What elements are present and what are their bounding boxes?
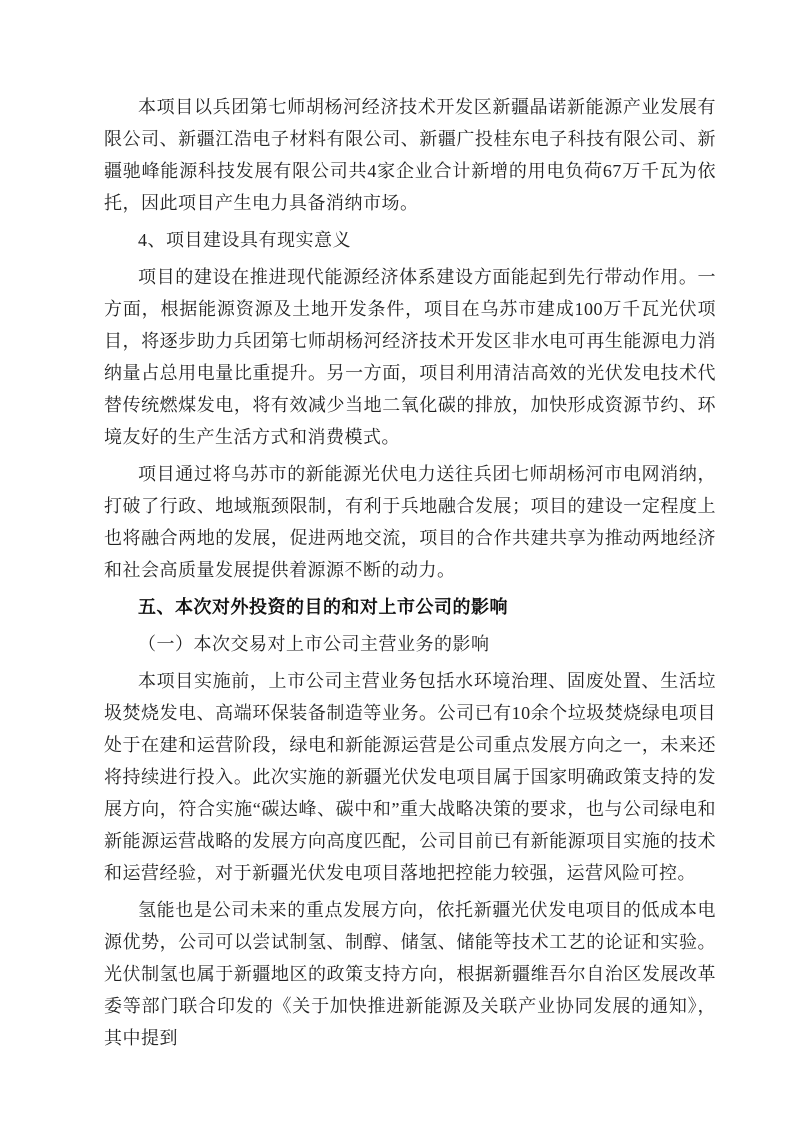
paragraph-energy-system-leading-role: 项目的建设在推进现代能源经济体系建设方面能起到先行带动作用。一方面，根据能源资源…	[104, 261, 716, 453]
heading-section-five-investment-purpose-impact: 五、本次对外投资的目的和对上市公司的影响	[104, 591, 716, 623]
heading-project-practical-significance: 4、项目建设具有现实意义	[104, 224, 716, 256]
paragraph-power-consumption-market: 本项目以兵团第七师胡杨河经济技术开发区新疆晶诺新能源产业发展有限公司、新疆江浩电…	[104, 91, 716, 219]
document-page: 本项目以兵团第七师胡杨河经济技术开发区新疆晶诺新能源产业发展有限公司、新疆江浩电…	[0, 0, 794, 1123]
paragraph-hydrogen-energy-direction: 氢能也是公司未来的重点发展方向，依托新疆光伏发电项目的低成本电源优势，公司可以尝…	[104, 894, 716, 1054]
heading-subsection-one-main-business-impact: （一）本次交易对上市公司主营业务的影响	[104, 628, 716, 660]
paragraph-main-business-overview: 本项目实施前，上市公司主营业务包括水环境治理、固废处置、生活垃圾焚烧发电、高端环…	[104, 665, 716, 889]
paragraph-grid-integration-regional-development: 项目通过将乌苏市的新能源光伏电力送往兵团七师胡杨河市电网消纳，打破了行政、地域瓶…	[104, 458, 716, 586]
